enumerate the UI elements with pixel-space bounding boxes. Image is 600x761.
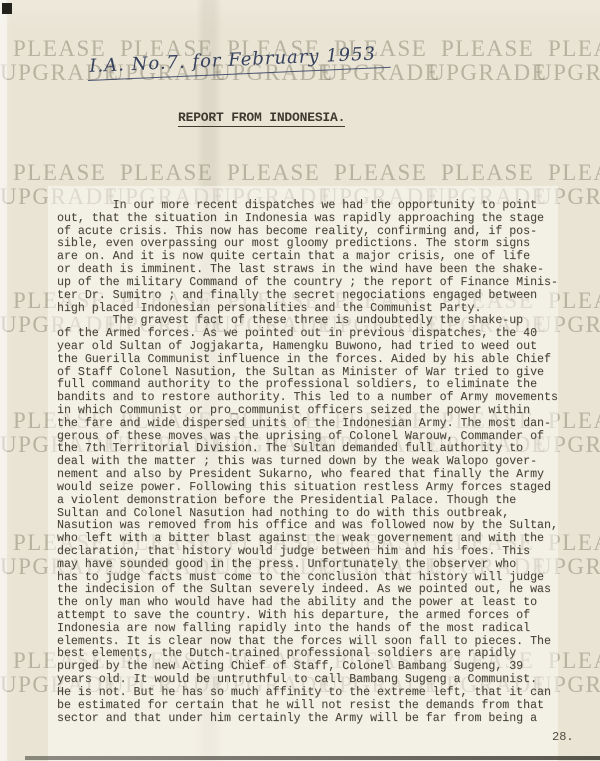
body-text: In our more recent dispatches we had the… (57, 200, 577, 725)
document-title: REPORT FROM INDONESIA. (178, 110, 345, 127)
document-content: I.A. No.7. for February 1953 REPORT FROM… (0, 0, 600, 761)
document-page: PLEASEPLEASEPLEASEPLEASEPLEASEPLEASEUPGR… (0, 0, 600, 761)
scan-edge-bottom (25, 756, 600, 760)
page-number: 28. (552, 730, 574, 744)
handwritten-note: I.A. No.7. for February 1953 (87, 43, 391, 81)
